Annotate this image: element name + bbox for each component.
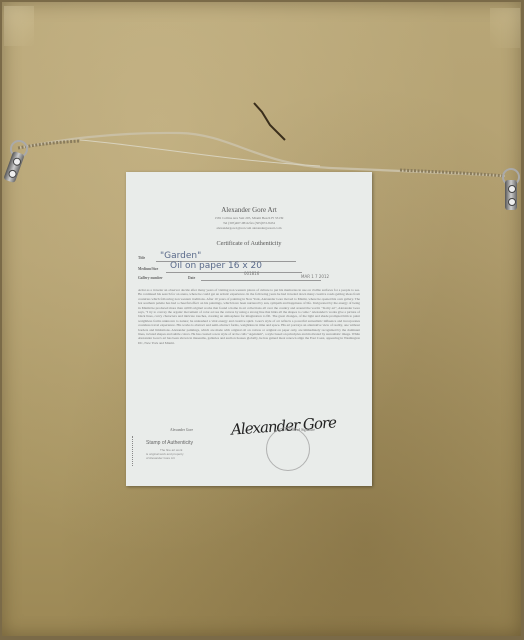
field-label-gallery-number: Gallery number — [138, 276, 163, 280]
date-stamp: MAR 1 7 2012 — [301, 274, 329, 279]
frame-back: Alexander Gore Art 1581 Collins Ave Suit… — [0, 0, 524, 640]
field-label-title: Title — [138, 256, 145, 260]
stamp-title: Stamp of Authenticity — [146, 440, 193, 446]
field-value-title: "Garden" — [160, 251, 201, 261]
field-label-medium: Medium/Size — [138, 267, 158, 271]
circular-seal-stamp — [266, 427, 310, 471]
certificate-of-authenticity: Alexander Gore Art 1581 Collins Ave Suit… — [126, 172, 372, 486]
address-line: 1581 Collins Ave Suit 205, Miami Beach F… — [126, 216, 372, 220]
artist-name-label: Alexander Gore — [170, 428, 193, 432]
field-value-date: 001816 — [244, 271, 259, 276]
field-value-medium: Oil on paper 16 x 20 — [170, 261, 262, 271]
phone-line: Tel (305)467-0814/fax (305)672-8454 — [126, 221, 372, 225]
field-line-medium — [166, 272, 302, 273]
d-ring-hanger-right — [505, 180, 517, 210]
field-label-date: Date — [188, 276, 195, 280]
stamp-line-3: of Alexander Gore Art — [146, 456, 175, 460]
artist-biography: Artist as a traveler an observer decide … — [138, 288, 360, 345]
email-line: alexandergore1@aol.com alexandergoreart.… — [126, 226, 372, 230]
certificate-title: Certificate of Authenticity — [126, 240, 372, 247]
organization-name: Alexander Gore Art — [126, 206, 372, 214]
field-line-date — [201, 280, 321, 281]
